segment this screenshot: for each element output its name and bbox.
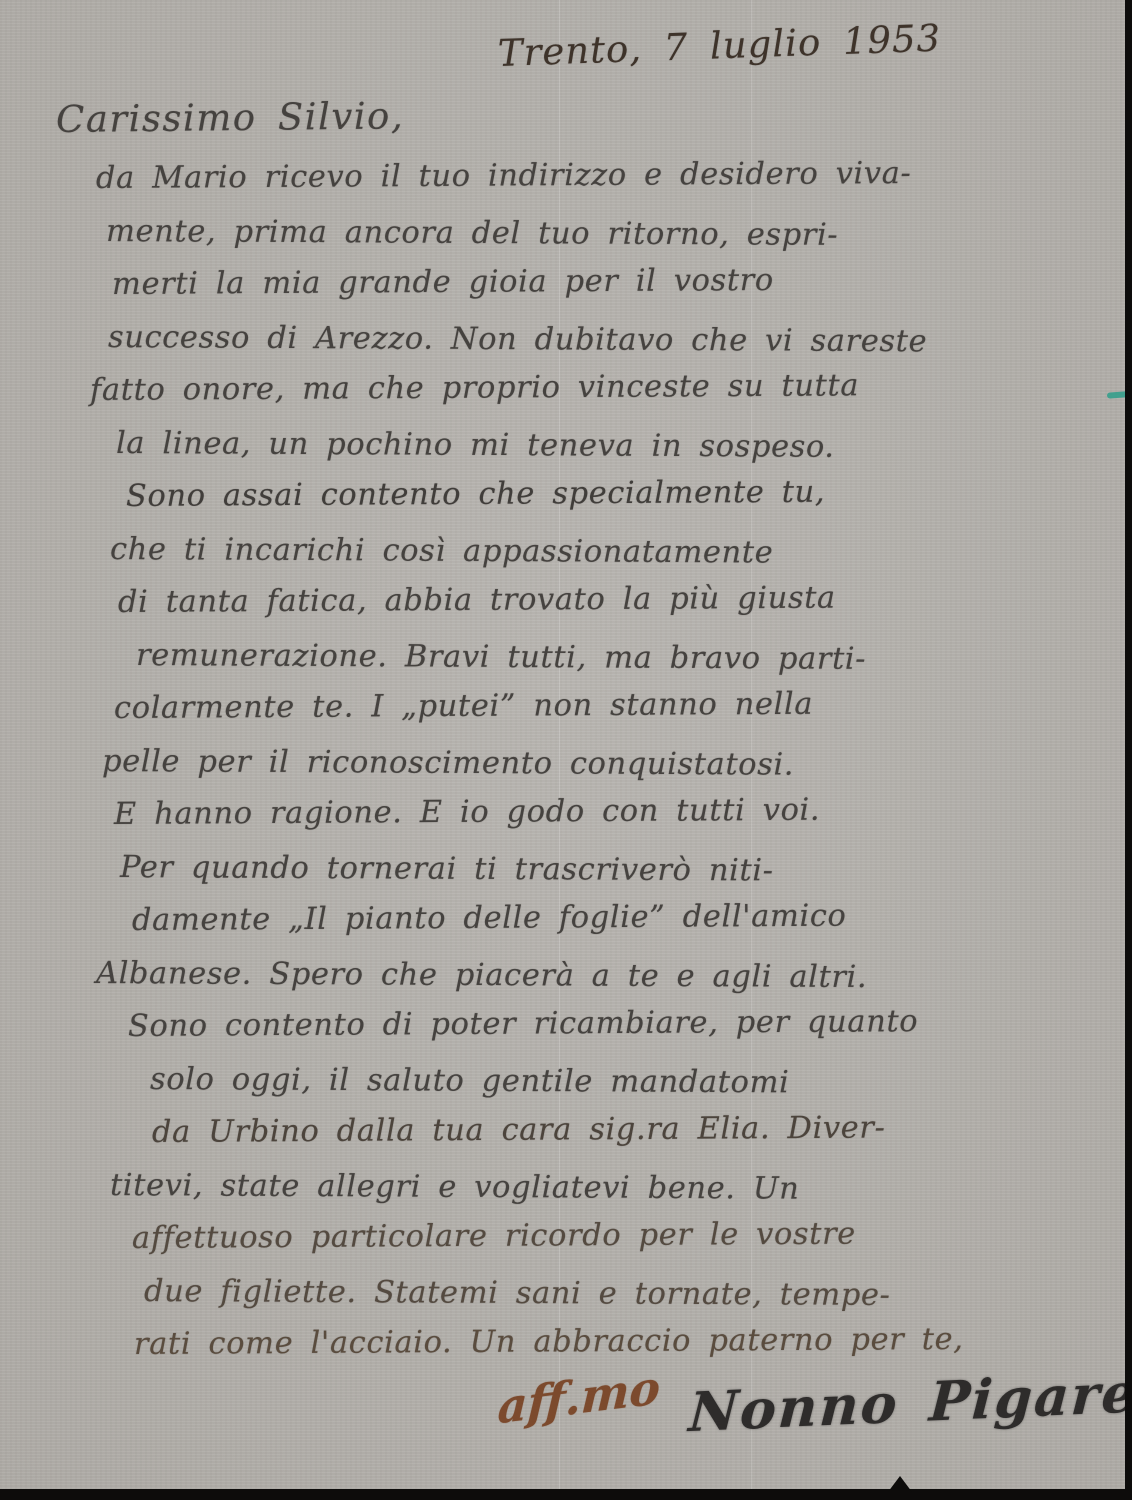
scan-edge-bottom xyxy=(0,1489,1132,1500)
signature-block: aff.mo Nonno Pigarelli xyxy=(498,1380,1118,1444)
letter-line: fatto onore, ma che proprio vinceste su … xyxy=(90,358,1108,417)
scan-edge-notch xyxy=(888,1476,912,1492)
letter-line: damente „Il pianto delle foglie” dell'am… xyxy=(132,888,1108,947)
letter-line: di tanta fatica, abbia trovato la più gi… xyxy=(118,570,1108,629)
letter-line: E hanno ragione. E io godo con tutti voi… xyxy=(114,782,1108,841)
letter-line: rati come l'acciaio. Un abbraccio patern… xyxy=(134,1312,1108,1371)
dateline: Trento, 7 luglio 1953 xyxy=(497,17,942,75)
letter-line: colarmente te. I „putei” non stanno nell… xyxy=(114,676,1108,735)
letter-line: affettuoso particolare ricordo per le vo… xyxy=(132,1206,1108,1265)
letter-body: da Mario ricevo il tuo indirizzo e desid… xyxy=(88,152,1108,1371)
letter-line: da Mario ricevo il tuo indirizzo e desid… xyxy=(96,146,1108,205)
letter-line: Sono contento di poter ricambiare, per q… xyxy=(128,994,1108,1053)
letter-scan-page: Trento, 7 luglio 1953 Carissimo Silvio, … xyxy=(0,0,1132,1500)
salutation: Carissimo Silvio, xyxy=(56,94,405,141)
letter-line: merti la mia grande gioia per il vostro xyxy=(112,252,1108,311)
letter-line: da Urbino dalla tua cara sig.ra Elia. Di… xyxy=(152,1100,1108,1159)
letter-line: Sono assai contento che specialmente tu, xyxy=(126,464,1108,523)
scan-edge-right xyxy=(1125,0,1132,1500)
